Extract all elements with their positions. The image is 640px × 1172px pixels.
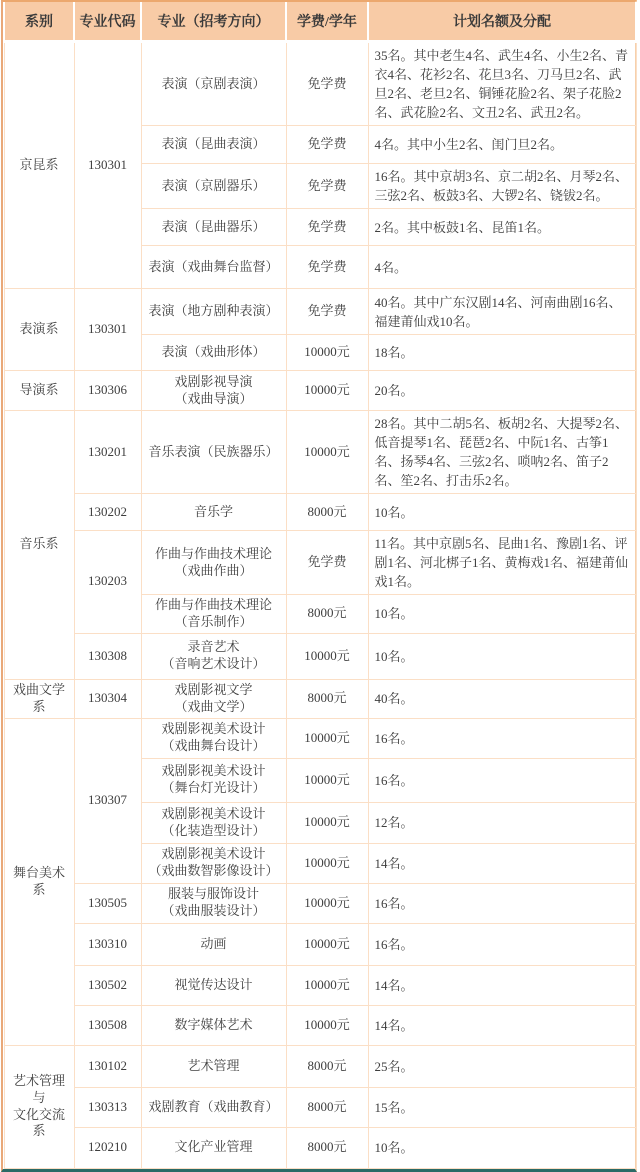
department-cell: 京昆系: [4, 42, 74, 126]
major-code-cell: 130301: [74, 42, 141, 126]
tuition-cell: 免学费: [286, 126, 368, 164]
plan-cell: 14名。: [368, 843, 636, 883]
plan-cell: 10名。: [368, 633, 636, 679]
tuition-cell: 免学费: [286, 531, 368, 595]
tuition-cell: 10000元: [286, 883, 368, 923]
table-row: 130508 数字媒体艺术 10000元 14名。: [4, 1005, 636, 1045]
header-cell-tuition: 学费/学年: [286, 2, 368, 42]
plan-cell: 11名。其中京剧5名、昆曲1名、豫剧1名、评剧1名、河北梆子1名、黄梅戏1名、福…: [368, 531, 636, 595]
major-code-cell: 130201: [74, 411, 141, 494]
table-row: 戏曲文学系 130304 戏剧影视文学 （戏曲文学） 8000元 40名。: [4, 679, 636, 718]
table-row: 导演系 130306 戏剧影视导演 （戏曲导演） 10000元 20名。: [4, 371, 636, 411]
major-cell: 表演（京剧器乐）: [141, 164, 286, 209]
major-cell: 表演（地方剧种表演）: [141, 289, 286, 335]
tuition-cell: 10000元: [286, 965, 368, 1005]
plan-cell: 28名。其中二胡5名、板胡2名、大提琴2名、低音提琴1名、琵琶2名、中阮1名、古…: [368, 411, 636, 494]
plan-cell: 16名。其中京胡3名、京二胡2名、月琴2名、三弦2名、板鼓3名、大锣2名、铙钹2…: [368, 164, 636, 209]
plan-cell: 10名。: [368, 494, 636, 531]
major-cell: 作曲与作曲技术理论 （戏曲作曲）: [141, 531, 286, 595]
enrollment-plan-table: 系别 专业代码 专业（招考方向） 学费/学年 计划名额及分配 京昆系 13030…: [3, 2, 637, 1169]
major-cell: 表演（戏曲形体）: [141, 335, 286, 371]
major-code-cell: 130202: [74, 494, 141, 531]
plan-cell: 12名。: [368, 802, 636, 843]
tuition-cell: 免学费: [286, 289, 368, 335]
major-cell: 服装与服饰设计 （戏曲服装设计）: [141, 883, 286, 923]
tuition-cell: 免学费: [286, 209, 368, 246]
major-cell: 数字媒体艺术: [141, 1005, 286, 1045]
major-cell: 表演（昆曲器乐）: [141, 209, 286, 246]
plan-cell: 16名。: [368, 923, 636, 965]
tuition-cell: 免学费: [286, 164, 368, 209]
major-code-cell: 130203: [74, 531, 141, 595]
major-cell: 戏剧影视美术设计 （化装造型设计）: [141, 802, 286, 843]
major-cell: 戏剧影视导演 （戏曲导演）: [141, 371, 286, 411]
tuition-cell: 10000元: [286, 923, 368, 965]
major-cell: 表演（京剧表演）: [141, 42, 286, 126]
plan-cell: 10名。: [368, 1127, 636, 1168]
major-cell: 作曲与作曲技术理论 （音乐制作）: [141, 595, 286, 634]
tuition-cell: 10000元: [286, 411, 368, 494]
department-cell: 舞台美术系: [4, 718, 74, 758]
plan-cell: 16名。: [368, 718, 636, 758]
tuition-cell: 10000元: [286, 758, 368, 802]
plan-cell: 4名。: [368, 246, 636, 289]
header-cell-department: 系别: [4, 2, 74, 42]
plan-cell: 16名。: [368, 758, 636, 802]
plan-cell: 25名。: [368, 1045, 636, 1087]
table-row: 京昆系 130301 表演（京剧表演） 免学费 35名。其中老生4名、武生4名、…: [4, 42, 636, 126]
tuition-cell: 免学费: [286, 42, 368, 126]
plan-cell: 18名。: [368, 335, 636, 371]
tuition-cell: 8000元: [286, 679, 368, 718]
tuition-cell: 8000元: [286, 494, 368, 531]
header-cell-plan: 计划名额及分配: [368, 2, 636, 42]
table-row: 130310 动画 10000元 16名。: [4, 923, 636, 965]
major-cell: 录音艺术 （音响艺术设计）: [141, 633, 286, 679]
major-code-cell: 130308: [74, 633, 141, 679]
plan-cell: 2名。其中板鼓1名、昆笛1名。: [368, 209, 636, 246]
major-cell: 艺术管理: [141, 1045, 286, 1087]
major-cell: 表演（昆曲表演）: [141, 126, 286, 164]
table-row: 艺术管理与 文化交流系 130102 艺术管理 8000元 25名。: [4, 1045, 636, 1087]
table-row: 舞台美术系 130307 戏剧影视美术设计 （戏曲舞台设计） 10000元 16…: [4, 718, 636, 758]
tuition-cell: 10000元: [286, 335, 368, 371]
department-cell: 表演系: [4, 289, 74, 335]
table-row: 120210 文化产业管理 8000元 10名。: [4, 1127, 636, 1168]
tuition-cell: 8000元: [286, 1087, 368, 1127]
department-cell: 艺术管理与 文化交流系: [4, 1045, 74, 1087]
major-code-cell: 130304: [74, 679, 141, 718]
major-cell: 音乐表演（民族器乐）: [141, 411, 286, 494]
major-code-cell: 130502: [74, 965, 141, 1005]
plan-cell: 10名。: [368, 595, 636, 634]
department-cell: 戏曲文学系: [4, 679, 74, 718]
major-code-cell: 130307: [74, 718, 141, 758]
plan-cell: 15名。: [368, 1087, 636, 1127]
plan-cell: 14名。: [368, 1005, 636, 1045]
table-row: 130202 音乐学 8000元 10名。: [4, 494, 636, 531]
tuition-cell: 8000元: [286, 1045, 368, 1087]
major-cell: 戏剧影视美术设计 （舞台灯光设计）: [141, 758, 286, 802]
major-code-cell: 130102: [74, 1045, 141, 1087]
table-row: 130203 作曲与作曲技术理论 （戏曲作曲） 免学费 11名。其中京剧5名、昆…: [4, 531, 636, 595]
plan-cell: 40名。其中广东汉剧14名、河南曲剧16名、福建莆仙戏10名。: [368, 289, 636, 335]
tuition-cell: 10000元: [286, 802, 368, 843]
table-row: 音乐系 130201 音乐表演（民族器乐） 10000元 28名。其中二胡5名、…: [4, 411, 636, 494]
major-code-cell: 130313: [74, 1087, 141, 1127]
header-cell-major: 专业（招考方向）: [141, 2, 286, 42]
table-row: 130505 服装与服饰设计 （戏曲服装设计） 10000元 16名。: [4, 883, 636, 923]
tuition-cell: 8000元: [286, 1127, 368, 1168]
major-code-cell: 130301: [74, 289, 141, 335]
plan-cell: 40名。: [368, 679, 636, 718]
tuition-cell: 10000元: [286, 371, 368, 411]
tuition-cell: 10000元: [286, 718, 368, 758]
major-cell: 戏剧影视文学 （戏曲文学）: [141, 679, 286, 718]
plan-cell: 16名。: [368, 883, 636, 923]
department-cell: 音乐系: [4, 411, 74, 494]
table-row: 130502 视觉传达设计 10000元 14名。: [4, 965, 636, 1005]
plan-cell: 35名。其中老生4名、武生4名、小生2名、青衣4名、花衫2名、花旦3名、刀马旦2…: [368, 42, 636, 126]
major-cell: 表演（戏曲舞台监督）: [141, 246, 286, 289]
header-cell-code: 专业代码: [74, 2, 141, 42]
major-code-cell: 120210: [74, 1127, 141, 1168]
table-header-row: 系别 专业代码 专业（招考方向） 学费/学年 计划名额及分配: [4, 2, 636, 42]
table-row: 表演系 130301 表演（地方剧种表演） 免学费 40名。其中广东汉剧14名、…: [4, 289, 636, 335]
major-cell: 戏剧影视美术设计 （戏曲舞台设计）: [141, 718, 286, 758]
major-cell: 视觉传达设计: [141, 965, 286, 1005]
major-code-cell: 130306: [74, 371, 141, 411]
tuition-cell: 10000元: [286, 843, 368, 883]
major-code-cell: 130505: [74, 883, 141, 923]
major-cell: 文化产业管理: [141, 1127, 286, 1168]
department-cell: 导演系: [4, 371, 74, 411]
major-code-cell: 130310: [74, 923, 141, 965]
major-code-cell: 130508: [74, 1005, 141, 1045]
major-cell: 音乐学: [141, 494, 286, 531]
major-cell: 动画: [141, 923, 286, 965]
table-row: 130308 录音艺术 （音响艺术设计） 10000元 10名。: [4, 633, 636, 679]
table-row: 130313 戏剧教育（戏曲教育） 8000元 15名。: [4, 1087, 636, 1127]
enrollment-plan-table-frame: 系别 专业代码 专业（招考方向） 学费/学年 计划名额及分配 京昆系 13030…: [1, 0, 637, 1172]
tuition-cell: 免学费: [286, 246, 368, 289]
tuition-cell: 10000元: [286, 1005, 368, 1045]
plan-cell: 14名。: [368, 965, 636, 1005]
plan-cell: 4名。其中小生2名、闺门旦2名。: [368, 126, 636, 164]
tuition-cell: 10000元: [286, 633, 368, 679]
major-cell: 戏剧教育（戏曲教育）: [141, 1087, 286, 1127]
major-cell: 戏剧影视美术设计 （戏曲数智影像设计）: [141, 843, 286, 883]
plan-cell: 20名。: [368, 371, 636, 411]
tuition-cell: 8000元: [286, 595, 368, 634]
